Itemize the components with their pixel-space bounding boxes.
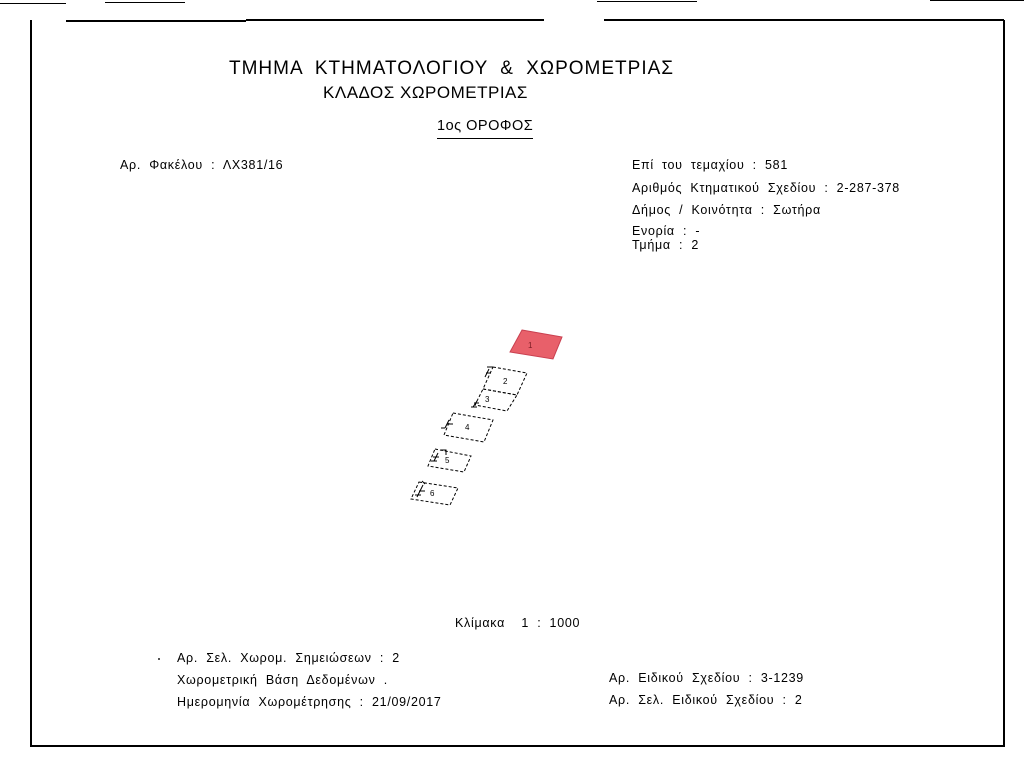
survey-date-value: 21/09/2017	[372, 695, 442, 709]
scale-label: Κλίμακα	[455, 616, 505, 630]
stair-symbol	[431, 450, 446, 461]
special-plan-page: Αρ. Σελ. Ειδικού Σχεδίου : 2	[609, 693, 802, 707]
stair-symbol	[471, 401, 479, 407]
special-plan-label: Αρ. Ειδικού Σχεδίου	[609, 671, 740, 685]
scan-edge-line	[597, 1, 697, 2]
scan-dot	[158, 658, 160, 660]
floor-plan-drawing: 1 2 3 4 5 6	[395, 315, 575, 515]
parcel-number-label: Επί του τεμαχίου	[632, 158, 745, 172]
scale: Κλίμακα 1 : 1000	[455, 616, 580, 630]
scan-edge-line	[930, 0, 1024, 1]
unit-6-label: 6	[430, 489, 435, 498]
scan-edge-line	[105, 2, 185, 3]
survey-database-label: Χωρομετρική Βάση Δεδομένων	[177, 673, 376, 687]
frame-top-border	[66, 20, 246, 22]
cadastral-plan-number: Αριθμός Κτηματικού Σχεδίου : 2-287-378	[632, 181, 900, 195]
survey-notes-page: Αρ. Σελ. Χωρομ. Σημειώσεων : 2	[177, 651, 400, 665]
file-number: Αρ. Φακέλου : ΛΧ381/16	[120, 158, 283, 172]
stair-symbol	[441, 420, 453, 428]
unit-5-label: 5	[445, 456, 450, 465]
unit-6-outline	[411, 482, 458, 505]
unit-4-label: 4	[465, 423, 470, 432]
scan-edge-line	[0, 3, 66, 4]
unit-2-label: 2	[503, 377, 508, 386]
special-plan-page-label: Αρ. Σελ. Ειδικού Σχεδίου	[609, 693, 774, 707]
survey-date-label: Ημερομηνία Χωρομέτρησης	[177, 695, 351, 709]
cadastral-plan-label: Αριθμός Κτηματικού Σχεδίου	[632, 181, 816, 195]
municipality-label: Δήμος / Κοινότητα	[632, 203, 753, 217]
special-plan-page-value: 2	[795, 693, 803, 707]
section: Τμήμα : 2	[632, 238, 699, 252]
scale-value: 1 : 1000	[521, 616, 580, 630]
cadastral-plan-value: 2-287-378	[837, 181, 900, 195]
unit-3-label: 3	[485, 395, 490, 404]
unit-3-outline	[475, 389, 517, 411]
branch-title: ΚΛΑΔΟΣ ΧΩΡΟΜΕΤΡΙΑΣ	[323, 83, 528, 103]
frame-top-border	[604, 19, 1004, 21]
special-plan-value: 3-1239	[761, 671, 804, 685]
section-label: Τμήμα	[632, 238, 671, 252]
municipality-value: Σωτήρα	[773, 203, 821, 217]
stair-symbol	[415, 481, 425, 497]
file-number-label: Αρ. Φακέλου	[120, 158, 203, 172]
parish-label: Ενορία	[632, 224, 675, 238]
frame-top-border	[246, 19, 544, 21]
file-number-value: ΛΧ381/16	[223, 158, 284, 172]
unit-1-outline	[510, 330, 562, 359]
section-value: 2	[691, 238, 699, 252]
survey-database: Χωρομετρική Βάση Δεδομένων .	[177, 673, 388, 687]
survey-notes-page-label: Αρ. Σελ. Χωρομ. Σημειώσεων	[177, 651, 372, 665]
unit-1-label: 1	[528, 341, 533, 350]
parcel-number: Επί του τεμαχίου : 581	[632, 158, 788, 172]
special-plan-number: Αρ. Ειδικού Σχεδίου : 3-1239	[609, 671, 804, 685]
parish-value: -	[695, 224, 700, 238]
survey-date: Ημερομηνία Χωρομέτρησης : 21/09/2017	[177, 695, 442, 709]
parish: Ενορία : -	[632, 224, 700, 238]
department-title: ΤΜΗΜΑ ΚΤΗΜΑΤΟΛΟΓΙΟΥ & ΧΩΡΟΜΕΤΡΙΑΣ	[229, 58, 674, 80]
survey-notes-page-value: 2	[392, 651, 400, 665]
floor-title: 1ος ΟΡΟΦΟΣ	[437, 118, 533, 139]
parcel-number-value: 581	[765, 158, 788, 172]
municipality: Δήμος / Κοινότητα : Σωτήρα	[632, 203, 821, 217]
